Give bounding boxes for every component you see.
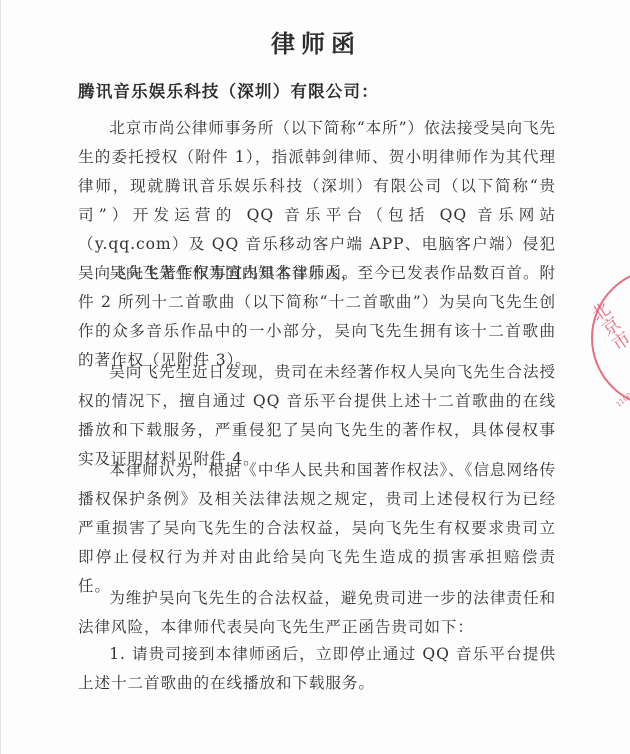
paragraph-text: 为维护吴向飞先生的合法权益，避免贵司进一步的法律责任和法律风险，本律师代表吴向飞…	[78, 584, 556, 642]
document-title: 律师函	[1, 24, 630, 59]
paragraph-text: 本律师认为，根据《中华人民共和国著作权法》、《信息网络传播权保护条例》及相关法律…	[78, 456, 556, 601]
paragraph-text: 1. 请贵司接到本律师函后，立即停止通过 QQ 音乐平台提供上述十二首歌曲的在线…	[78, 640, 556, 698]
paragraph-4: 本律师认为，根据《中华人民共和国著作权法》、《信息网络传播权保护条例》及相关法律…	[78, 456, 556, 601]
paragraph-6-demand-1: 1. 请贵司接到本律师函后，立即停止通过 QQ 音乐平台提供上述十二首歌曲的在线…	[78, 640, 556, 698]
letter-page: 律师函 腾讯音乐娱乐科技（深圳）有限公司： 北京市尚公律师事务所（以下简称“本所…	[0, 0, 630, 754]
addressee: 腾讯音乐娱乐科技（深圳）有限公司：	[78, 78, 379, 102]
paragraph-5: 为维护吴向飞先生的合法权益，避免贵司进一步的法律责任和法律风险，本律师代表吴向飞…	[78, 584, 556, 642]
